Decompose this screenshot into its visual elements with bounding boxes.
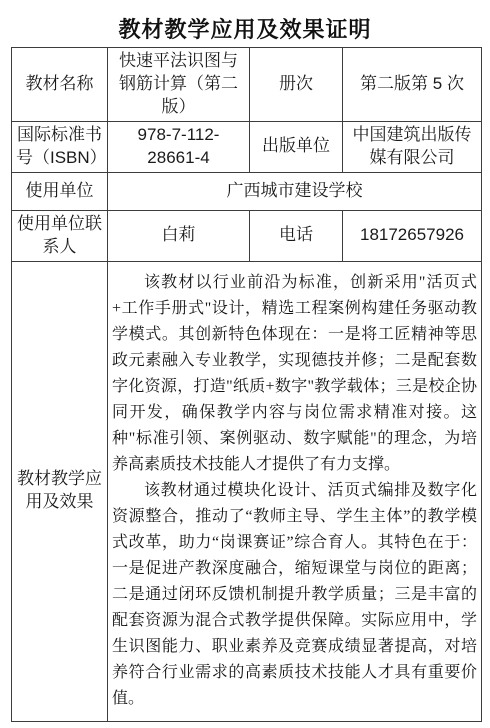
phone-label: 电话 [250,210,343,261]
contact-value: 白莉 [108,210,250,261]
effect-label: 教材教学应用及效果 [12,261,108,721]
publisher-value: 中国建筑出版传媒有限公司 [343,121,482,172]
user-unit-value: 广西城市建设学校 [108,172,482,210]
table-row-user-unit: 使用单位 广西城市建设学校 [12,172,482,210]
effect-paragraph-2: 该教材通过模块化设计、活页式编排及数字化资源整合，推动了“教师主导、学生主体”的… [112,478,477,712]
table-row-effect: 教材教学应用及效果 该教材以行业前沿为标准，创新采用"活页式+工作手册式"设计，… [12,261,482,721]
publisher-label: 出版单位 [250,121,343,172]
document-title: 教材教学应用及效果证明 [0,0,490,47]
user-unit-label: 使用单位 [12,172,108,210]
effect-content-cell: 该教材以行业前沿为标准，创新采用"活页式+工作手册式"设计，精选工程案例构建任务… [108,261,482,721]
volume-value: 第二版第 5 次 [343,48,482,122]
table-row-contact: 使用单位联系人 白莉 电话 18172657926 [12,210,482,261]
isbn-label: 国际标准书号（ISBN） [12,121,108,172]
certificate-document: 教材教学应用及效果证明 教材名称 快速平法识图与钢筋计算（第二版） 册次 第二版… [0,0,490,728]
volume-label: 册次 [250,48,343,122]
effect-paragraph-1: 该教材以行业前沿为标准，创新采用"活页式+工作手册式"设计，精选工程案例构建任务… [112,270,477,478]
phone-value: 18172657926 [343,210,482,261]
contact-label: 使用单位联系人 [12,210,108,261]
isbn-value: 978-7-112-28661-4 [108,121,250,172]
table-row-isbn: 国际标准书号（ISBN） 978-7-112-28661-4 出版单位 中国建筑… [12,121,482,172]
table-row-textbook-name: 教材名称 快速平法识图与钢筋计算（第二版） 册次 第二版第 5 次 [12,48,482,122]
certificate-table: 教材名称 快速平法识图与钢筋计算（第二版） 册次 第二版第 5 次 国际标准书号… [11,47,482,722]
textbook-name-label: 教材名称 [12,48,108,122]
textbook-name-value: 快速平法识图与钢筋计算（第二版） [108,48,250,122]
